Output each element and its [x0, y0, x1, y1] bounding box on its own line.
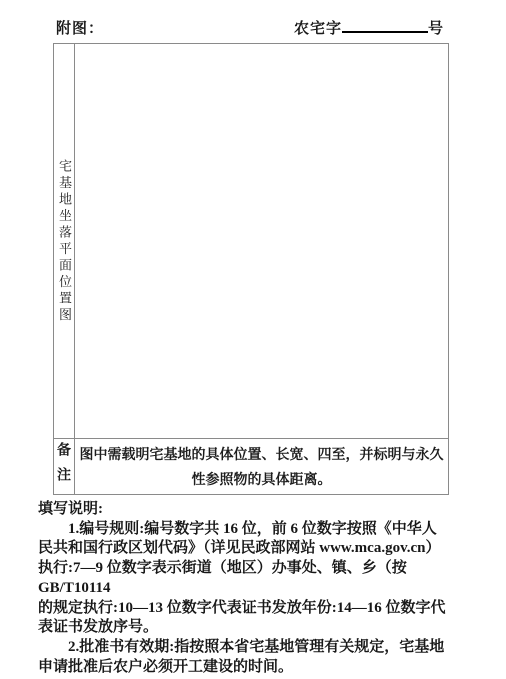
certificate-number-prefix: 农宅字	[294, 20, 342, 37]
remark-row: 备注 图中需载明宅基地的具体位置、长宽、四至，并标明与永久 性参照物的具体距离。	[54, 439, 448, 494]
plot-drawing-area	[75, 44, 448, 438]
document-page: 附图： 农宅字号 宅基地坐落平面位置图 备注 图中需载明宅基地的具体位置、长宽、…	[0, 0, 506, 679]
filling-instructions: 填写说明: 1.编号规则:编号数字共 16 位，前 6 位数字按照《中华人 民共…	[38, 500, 474, 677]
plot-row: 宅基地坐落平面位置图	[54, 44, 448, 439]
attached-figure-label: 附图：	[56, 17, 104, 38]
form-table: 宅基地坐落平面位置图 备注 图中需载明宅基地的具体位置、长宽、四至，并标明与永久…	[53, 43, 449, 495]
remark-content: 图中需载明宅基地的具体位置、长宽、四至，并标明与永久 性参照物的具体距离。	[75, 439, 448, 494]
plot-title-cell: 宅基地坐落平面位置图	[54, 44, 75, 438]
instruction-paragraph-numbering-rule: 1.编号规则:编号数字共 16 位，前 6 位数字按照《中华人 民共和国行政区划…	[38, 520, 474, 638]
remark-label-cell: 备注	[54, 439, 75, 494]
instruction-paragraph-approval-validity: 2.批准书有效期:指按照本省宅基地管理有关规定，宅基地 申请批准后农户必须开工建…	[38, 638, 474, 677]
certificate-number: 农宅字号	[294, 17, 444, 38]
certificate-number-blank	[342, 17, 428, 33]
certificate-number-suffix: 号	[428, 20, 444, 37]
filling-instructions-heading: 填写说明:	[38, 500, 474, 520]
plot-title-vertical-label: 宅基地坐落平面位置图	[54, 159, 74, 324]
remark-vertical-label: 备注	[54, 442, 74, 492]
